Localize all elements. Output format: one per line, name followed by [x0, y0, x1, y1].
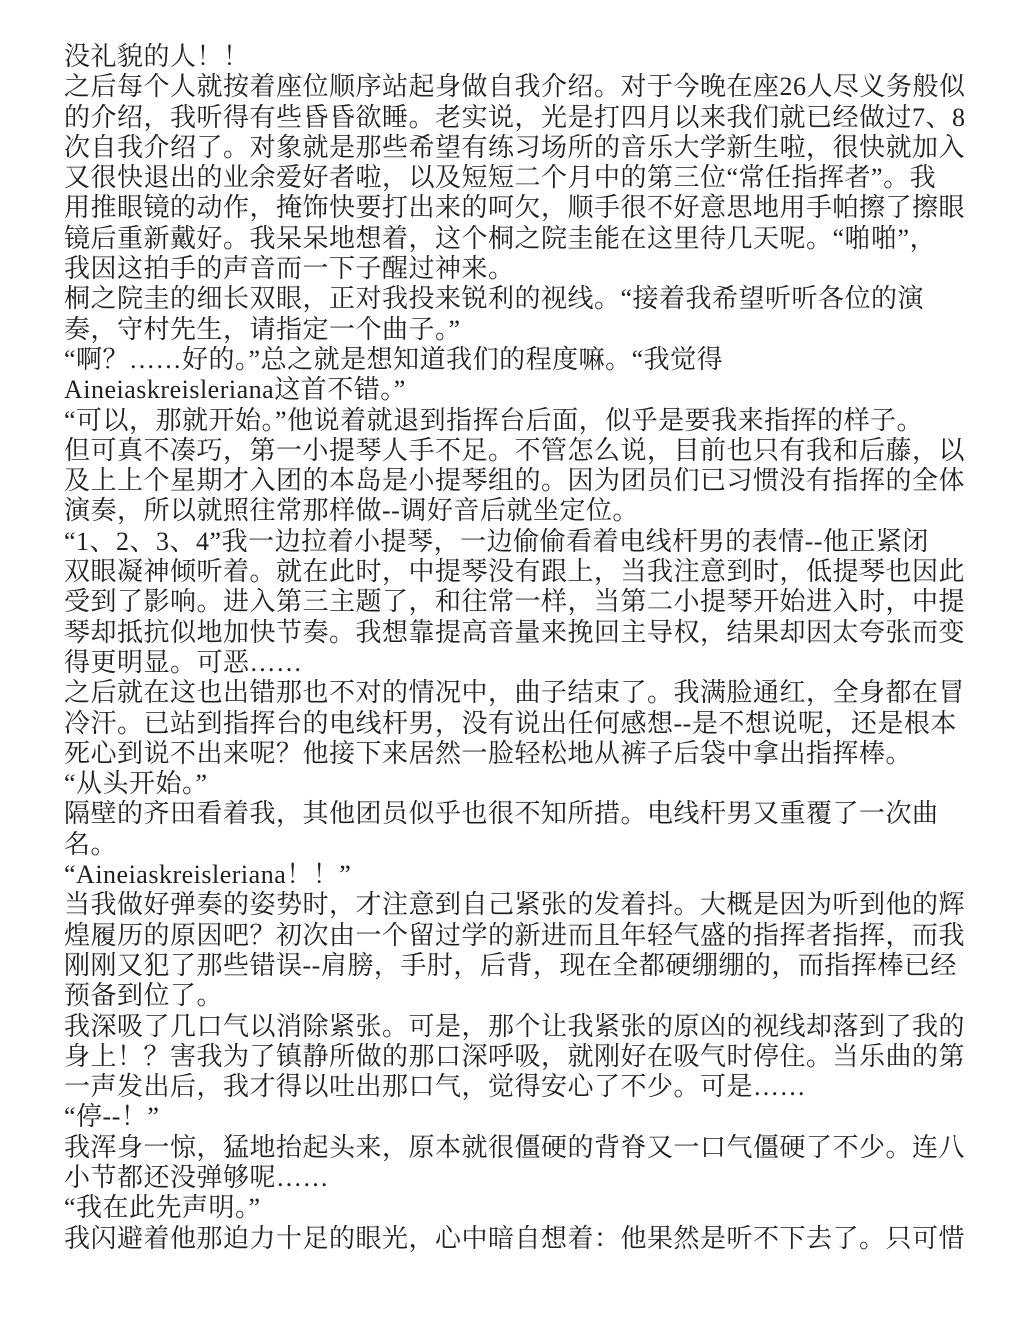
text-line: 名。	[64, 830, 974, 860]
text-line: 之后就在这也出错那也不对的情况中，曲子结束了。我满脸通红，全身都在冒	[64, 678, 974, 708]
text-line: 小节都还没弹够呢……	[64, 1163, 974, 1193]
text-line: 次自我介绍了。对象就是那些希望有练习场所的音乐大学新生啦，很快就加入	[64, 133, 974, 163]
text-block: 没礼貌的人！！之后每个人就按着座位顺序站起身做自我介绍。对于今晚在座26人尽义务…	[64, 42, 974, 1254]
novel-text-page: 没礼貌的人！！之后每个人就按着座位顺序站起身做自我介绍。对于今晚在座26人尽义务…	[0, 0, 1021, 1321]
text-line: 的介绍，我听得有些昏昏欲睡。老实说，光是打四月以来我们就已经做过7、8	[64, 103, 974, 133]
text-line: 预备到位了。	[64, 981, 974, 1011]
text-line: 当我做好弹奏的姿势时，才注意到自己紧张的发着抖。大概是因为听到他的辉	[64, 890, 974, 920]
text-line: “我在此先声明。”	[64, 1193, 974, 1223]
text-line: “停--！”	[64, 1102, 974, 1132]
text-line: “啊？……好的。”总之就是想知道我们的程度嘛。“我觉得	[64, 345, 974, 375]
text-line: 一声发出后，我才得以吐出那口气，觉得安心了不少。可是……	[64, 1072, 974, 1102]
text-line: 得更明显。可恶……	[64, 648, 974, 678]
text-line: 演奏，所以就照往常那样做--调好音后就坐定位。	[64, 496, 974, 526]
text-line: 煌履历的原因吧？初次由一个留过学的新进而且年轻气盛的指挥者指挥，而我	[64, 921, 974, 951]
text-line: Aineiaskreisleriana这首不错。”	[64, 375, 974, 405]
text-line: 没礼貌的人！！	[64, 42, 974, 72]
text-line: 奏，守村先生，请指定一个曲子。”	[64, 315, 974, 345]
text-line: 死心到说不出来呢？他接下来居然一脸轻松地从裤子后袋中拿出指挥棒。	[64, 739, 974, 769]
text-line: 冷汗。已站到指挥台的电线杆男，没有说出任何感想--是不想说呢，还是根本	[64, 709, 974, 739]
text-line: 镜后重新戴好。我呆呆地想着，这个桐之院圭能在这里待几天呢。“啪啪”，	[64, 224, 974, 254]
text-line: 琴却抵抗似地加快节奏。我想靠提高音量来挽回主导权，结果却因太夸张而变	[64, 618, 974, 648]
text-line: 刚刚又犯了那些错误--肩膀，手肘，后背，现在全都硬绷绷的，而指挥棒已经	[64, 951, 974, 981]
text-line: 用推眼镜的动作，掩饰快要打出来的呵欠，顺手很不好意思地用手帕擦了擦眼	[64, 193, 974, 223]
text-line: 及上上个星期才入团的本岛是小提琴组的。因为团员们已习惯没有指挥的全体	[64, 466, 974, 496]
text-line: 我浑身一惊，猛地抬起头来，原本就很僵硬的背脊又一口气僵硬了不少。连八	[64, 1133, 974, 1163]
text-line: 又很快退出的业余爱好者啦，以及短短二个月中的第三位“常任指挥者”。我	[64, 163, 974, 193]
text-line: “Aineiaskreisleriana！！”	[64, 860, 974, 890]
text-line: “可以，那就开始。”他说着就退到指挥台后面，似乎是要我来指挥的样子。	[64, 406, 974, 436]
text-line: 之后每个人就按着座位顺序站起身做自我介绍。对于今晚在座26人尽义务般似	[64, 72, 974, 102]
text-line: 隔壁的齐田看着我，其他团员似乎也很不知所措。电线杆男又重覆了一次曲	[64, 799, 974, 829]
text-line: 桐之院圭的细长双眼，正对我投来锐利的视线。“接着我希望听听各位的演	[64, 284, 974, 314]
text-line: 双眼凝神倾听着。就在此时，中提琴没有跟上，当我注意到时，低提琴也因此	[64, 557, 974, 587]
text-line: 身上！？害我为了镇静所做的那口深呼吸，就刚好在吸气时停住。当乐曲的第	[64, 1042, 974, 1072]
text-line: 我因这拍手的声音而一下子醒过神来。	[64, 254, 974, 284]
text-line: 我深吸了几口气以消除紧张。可是，那个让我紧张的原凶的视线却落到了我的	[64, 1012, 974, 1042]
text-line: “1、2、3、4”我一边拉着小提琴，一边偷偷看着电线杆男的表情--他正紧闭	[64, 527, 974, 557]
text-line: 受到了影响。进入第三主题了，和往常一样，当第二小提琴开始进入时，中提	[64, 587, 974, 617]
text-line: 但可真不凑巧，第一小提琴人手不足。不管怎么说，目前也只有我和后藤，以	[64, 436, 974, 466]
text-line: “从头开始。”	[64, 769, 974, 799]
text-line: 我闪避着他那迫力十足的眼光，心中暗自想着：他果然是听不下去了。只可惜	[64, 1224, 974, 1254]
